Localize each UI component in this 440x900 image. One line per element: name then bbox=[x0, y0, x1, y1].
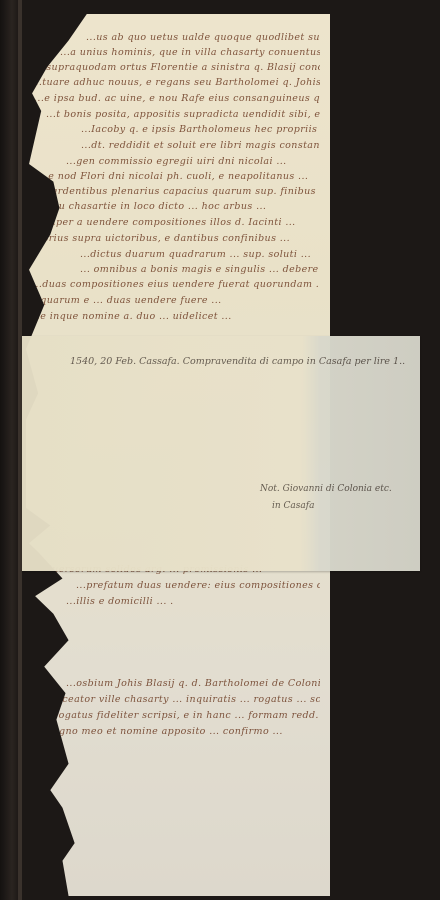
text-line: ...osbium Johis Blasij q. d. Bartholomei… bbox=[66, 678, 320, 690]
show-through-text bbox=[52, 344, 310, 354]
text-line: ...dictus duarum quadrarum ... sup. solu… bbox=[80, 249, 320, 261]
text-line: ...illis e domicilli ... . bbox=[66, 596, 320, 608]
text-line: ...us ab quo uetus ualde quoque quodlibe… bbox=[86, 32, 320, 44]
text-line: ... omnibus a bonis magis e singulis ...… bbox=[80, 264, 320, 276]
text-line: ...signo meo et nomine apposito ... conf… bbox=[40, 726, 320, 738]
text-line: ...e ipsa bud. ac uine, e nou Rafe eius … bbox=[34, 93, 320, 105]
text-line: ...e ardentibus plenarius capacius quaru… bbox=[32, 186, 320, 198]
text-line: ...super a uendere compositiones illos d… bbox=[34, 217, 320, 229]
text-line: ...duas compositiones eius uendere fuera… bbox=[32, 279, 320, 291]
text-line: ...aceator ville chasarty ... inquiratis… bbox=[46, 694, 320, 706]
text-line: ...prius supra uictoribus, e dantibus co… bbox=[32, 233, 320, 245]
text-line: ...a unius hominis, que in villa chasart… bbox=[60, 47, 320, 59]
binding-strip bbox=[0, 0, 20, 900]
text-line: ...e rogatus fideliter scripsi, e in han… bbox=[34, 710, 320, 722]
text-line: ...supraquodam ortus Florentie a sinistr… bbox=[36, 62, 320, 74]
text-line: ...dt. reddidit et soluit ere libri magi… bbox=[81, 140, 320, 152]
slip-place-line: in Casafa bbox=[272, 501, 314, 511]
text-line: ...prefatum duas uendere: eius compositi… bbox=[76, 580, 320, 592]
text-line: ...e nod Flori dni nicolai ph. cuoli, e … bbox=[38, 171, 320, 183]
text-line: ...ndiu chasartie in loco dicto ... hoc … bbox=[32, 201, 320, 213]
text-line: ...tuare adhuc nouus, e regans seu Barth… bbox=[32, 77, 320, 89]
archival-slip: 1540, 20 Feb. Cassafa. Compravendita di … bbox=[22, 336, 420, 571]
text-line: ...t bonis posita, appositis supradicta … bbox=[46, 109, 320, 121]
text-line: ...Iacoby q. e ipsis Bartholomeus hec pr… bbox=[81, 124, 320, 136]
text-line: ...quarum e ... duas uendere fuere ... bbox=[30, 295, 320, 307]
text-line: ...gen commissio egregii uiri dni nicola… bbox=[66, 156, 320, 168]
text-line: ...e inque nomine a. duo ... uidelicet .… bbox=[30, 311, 320, 323]
slip-date-line: 1540, 20 Feb. Cassafa. Compravendita di … bbox=[70, 356, 405, 367]
slip-notary-line: Not. Giovanni di Colonia etc. bbox=[260, 484, 392, 494]
